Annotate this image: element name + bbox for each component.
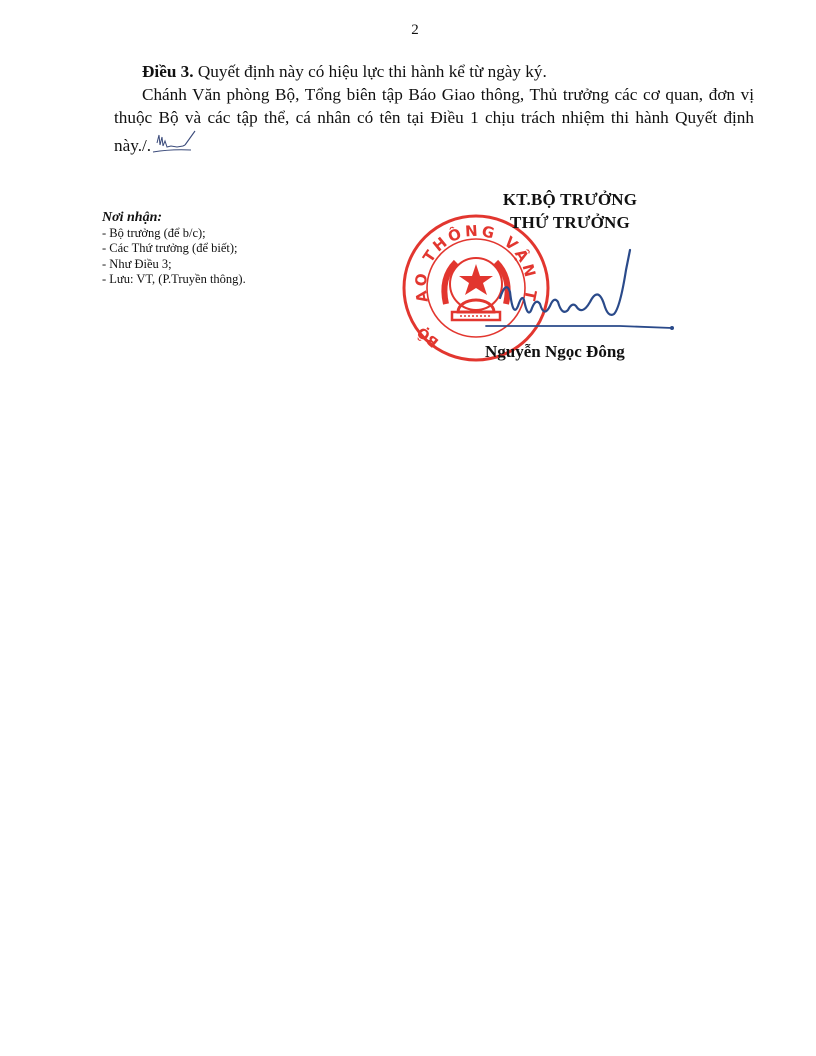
article-3-label: Điều 3.: [142, 62, 194, 81]
recipient-item: - Lưu: VT, (P.Truyền thông).: [102, 272, 246, 288]
recipients-block: Nơi nhận: - Bộ trưởng (để b/c); - Các Th…: [102, 210, 246, 288]
recipient-item: - Các Thứ trưởng (để biết);: [102, 241, 246, 257]
recipient-item: - Như Điều 3;: [102, 257, 246, 273]
recipient-item: - Bộ trưởng (để b/c);: [102, 226, 246, 242]
handwritten-signature-icon: [480, 240, 675, 340]
page-number: 2: [7, 22, 816, 39]
recipients-heading: Nơi nhận:: [102, 210, 246, 226]
article-3-text: Quyết định này có hiệu lực thi hành kể t…: [194, 62, 547, 81]
responsibility-paragraph: Chánh Văn phòng Bộ, Tổng biên tập Báo Gi…: [114, 83, 754, 157]
initial-mark-icon: [151, 129, 201, 155]
article-3-paragraph: Điều 3. Quyết định này có hiệu lực thi h…: [114, 60, 754, 83]
signature-title-line2: THỨ TRƯỞNG: [470, 213, 670, 233]
signer-name: Nguyễn Ngọc Đông: [485, 342, 625, 362]
signature-block: KT.BỘ TRƯỞNG GIAO THÔNG VẬN TẢI BỘ: [430, 190, 690, 370]
signature-title-line1: KT.BỘ TRƯỞNG: [470, 190, 670, 210]
responsibility-text: Chánh Văn phòng Bộ, Tổng biên tập Báo Gi…: [114, 85, 754, 155]
document-body: Điều 3. Quyết định này có hiệu lực thi h…: [114, 60, 754, 157]
